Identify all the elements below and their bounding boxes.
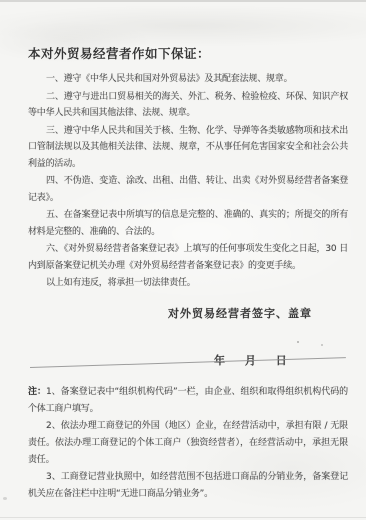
note-item-3: 3、工商登记营业执照中，如经营范围不包括进口商品的分销业务，备案登记机关应在备注… [28,469,348,503]
pledge-item-4: 四、不伪造、变造、涂改、出租、出借、转让、出卖《对外贸易经营者备案登记表》。 [28,173,348,206]
note-item-2: 2、依法办理工商登记的外国（地区）企业，在经营活动中，承担有限 / 无限责任。依… [28,418,348,469]
ink-speck [321,344,323,346]
closing-statement: 以上如有违反，将承担一切法律责任。 [28,275,348,292]
year-label: 年 [214,352,225,368]
note-item-1: 注：1、备案登记表中“组织机构代码”一栏，由企业、组织和取得组织机构代码的个体工… [28,384,348,418]
signature-label: 对外贸易经营者签字、盖章 [28,305,348,321]
scan-artifact-speck [3,497,7,500]
pledge-item-3: 三、遵守中华人民共和国关于核、生物、化学、导弹等各类敏感物项和技术出口管制法规以… [28,123,348,173]
pledge-item-6: 六、《对外贸易经营者备案登记表》上填写的任何事项发生变化之日起，30 日内到原备… [28,241,348,274]
notes-label: 注： [28,387,46,397]
scanned-document-page: 本对外贸易经营者作如下保证： 一、遵守《中华人民共和国对外贸易法》及其配套法规、… [0,0,366,520]
scan-bottom-edge [0,517,366,518]
pledge-item-1: 一、遵守《中华人民共和国对外贸易法》及其配套法规、规章。 [28,71,348,88]
note-text-1: 1、备案登记表中“组织机构代码”一栏，由企业、组织和取得组织机构代码的个体工商户… [28,387,348,414]
page-title: 本对外贸易经营者作如下保证： [28,44,348,62]
pledge-item-2: 二、遵守与进出口贸易相关的海关、外汇、税务、检验检疫、环保、知识产权等中华人民共… [28,89,348,122]
ink-speck [297,341,299,343]
document-body: 本对外贸易经营者作如下保证： 一、遵守《中华人民共和国对外贸易法》及其配套法规、… [28,44,348,368]
scan-top-edge [0,0,366,2]
pledge-item-5: 五、在备案登记表中所填写的信息是完整的、准确的、真实的；所提交的所有材料是完整的… [28,207,348,240]
notes-section: 注：1、备案登记表中“组织机构代码”一栏，由企业、组织和取得组织机构代码的个体工… [28,384,348,503]
